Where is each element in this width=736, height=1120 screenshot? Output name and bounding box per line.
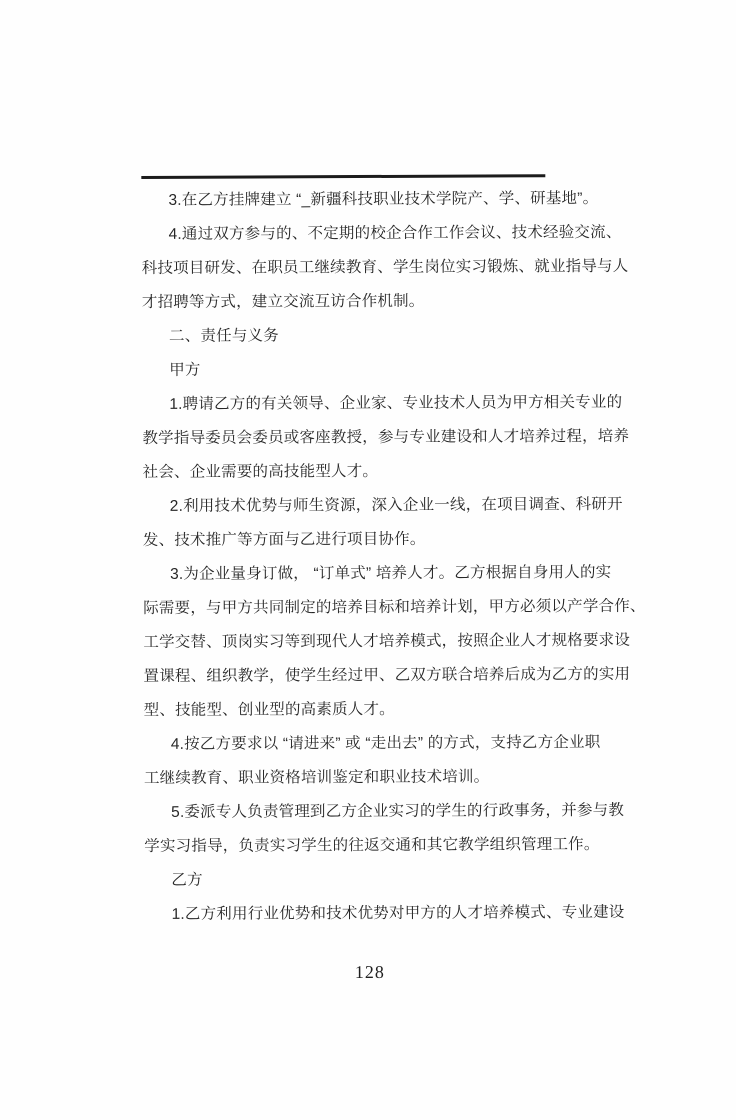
- text-line: 3.为企业量身订做， “订单式” 培养人才。乙方根据自身用人的实: [143, 556, 625, 592]
- text-line: 3.在乙方挂牌建立 “_新疆科技职业技术学院产、学、研基地”。: [141, 182, 623, 218]
- text-line: 1.聘请乙方的有关领导、企业家、专业技术人员为甲方相关专业的: [142, 386, 624, 422]
- scanned-document-page: 3.在乙方挂牌建立 “_新疆科技职业技术学院产、学、研基地”。4.通过双方参与的…: [0, 0, 736, 1120]
- horizontal-rule: [141, 174, 545, 178]
- text-line: 5.委派专人负责管理到乙方企业实习的学生的行政事务，并参与教: [144, 794, 626, 830]
- text-line: 4.通过双方参与的、不定期的校企合作工作会议、技术经验交流、: [142, 216, 624, 252]
- text-line: 发、技术推广等方面与乙进行项目协作。: [143, 522, 625, 558]
- text-line: 2.利用技术优势与师生资源，深入企业一线，在项目调查、科研开: [143, 488, 625, 524]
- document-body: 3.在乙方挂牌建立 “_新疆科技职业技术学院产、学、研基地”。4.通过双方参与的…: [141, 182, 626, 932]
- scan-content: 3.在乙方挂牌建立 “_新疆科技职业技术学院产、学、研基地”。4.通过双方参与的…: [0, 0, 736, 1120]
- text-line: 教学指导委员会委员或客座教授，参与专业建设和人才培养过程，培养: [142, 420, 624, 456]
- text-line: 甲方: [142, 352, 624, 388]
- text-line: 1.乙方利用行业优势和技术优势对甲方的人才培养模式、专业建设: [144, 896, 626, 932]
- text-line: 际需要，与甲方共同制定的培养目标和培养计划，甲方必须以产学合作、: [143, 590, 625, 626]
- text-line: 才招聘等方式，建立交流互访合作机制。: [142, 284, 624, 320]
- text-line: 乙方: [144, 862, 626, 898]
- page-number: 128: [2, 960, 736, 984]
- text-line: 学实习指导，负责实习学生的往返交通和其它教学组织管理工作。: [144, 828, 626, 864]
- text-line: 工学交替、顶岗实习等到现代人才培养模式，按照企业人才规格要求设: [143, 624, 625, 660]
- text-line: 社会、企业需要的高技能型人才。: [143, 454, 625, 490]
- text-line: 型、技能型、创业型的高素质人才。: [144, 692, 626, 728]
- text-line: 工继续教育、职业资格培训鉴定和职业技术培训。: [144, 760, 626, 796]
- text-line: 二、责任与义务: [142, 318, 624, 354]
- text-line: 科技项目研发、在职员工继续教育、学生岗位实习锻炼、就业指导与人: [142, 250, 624, 286]
- text-line: 4.按乙方要求以 “请进来” 或 “走出去” 的方式，支持乙方企业职: [144, 726, 626, 762]
- text-line: 置课程、组织教学，使学生经过甲、乙双方联合培养后成为乙方的实用: [143, 658, 625, 694]
